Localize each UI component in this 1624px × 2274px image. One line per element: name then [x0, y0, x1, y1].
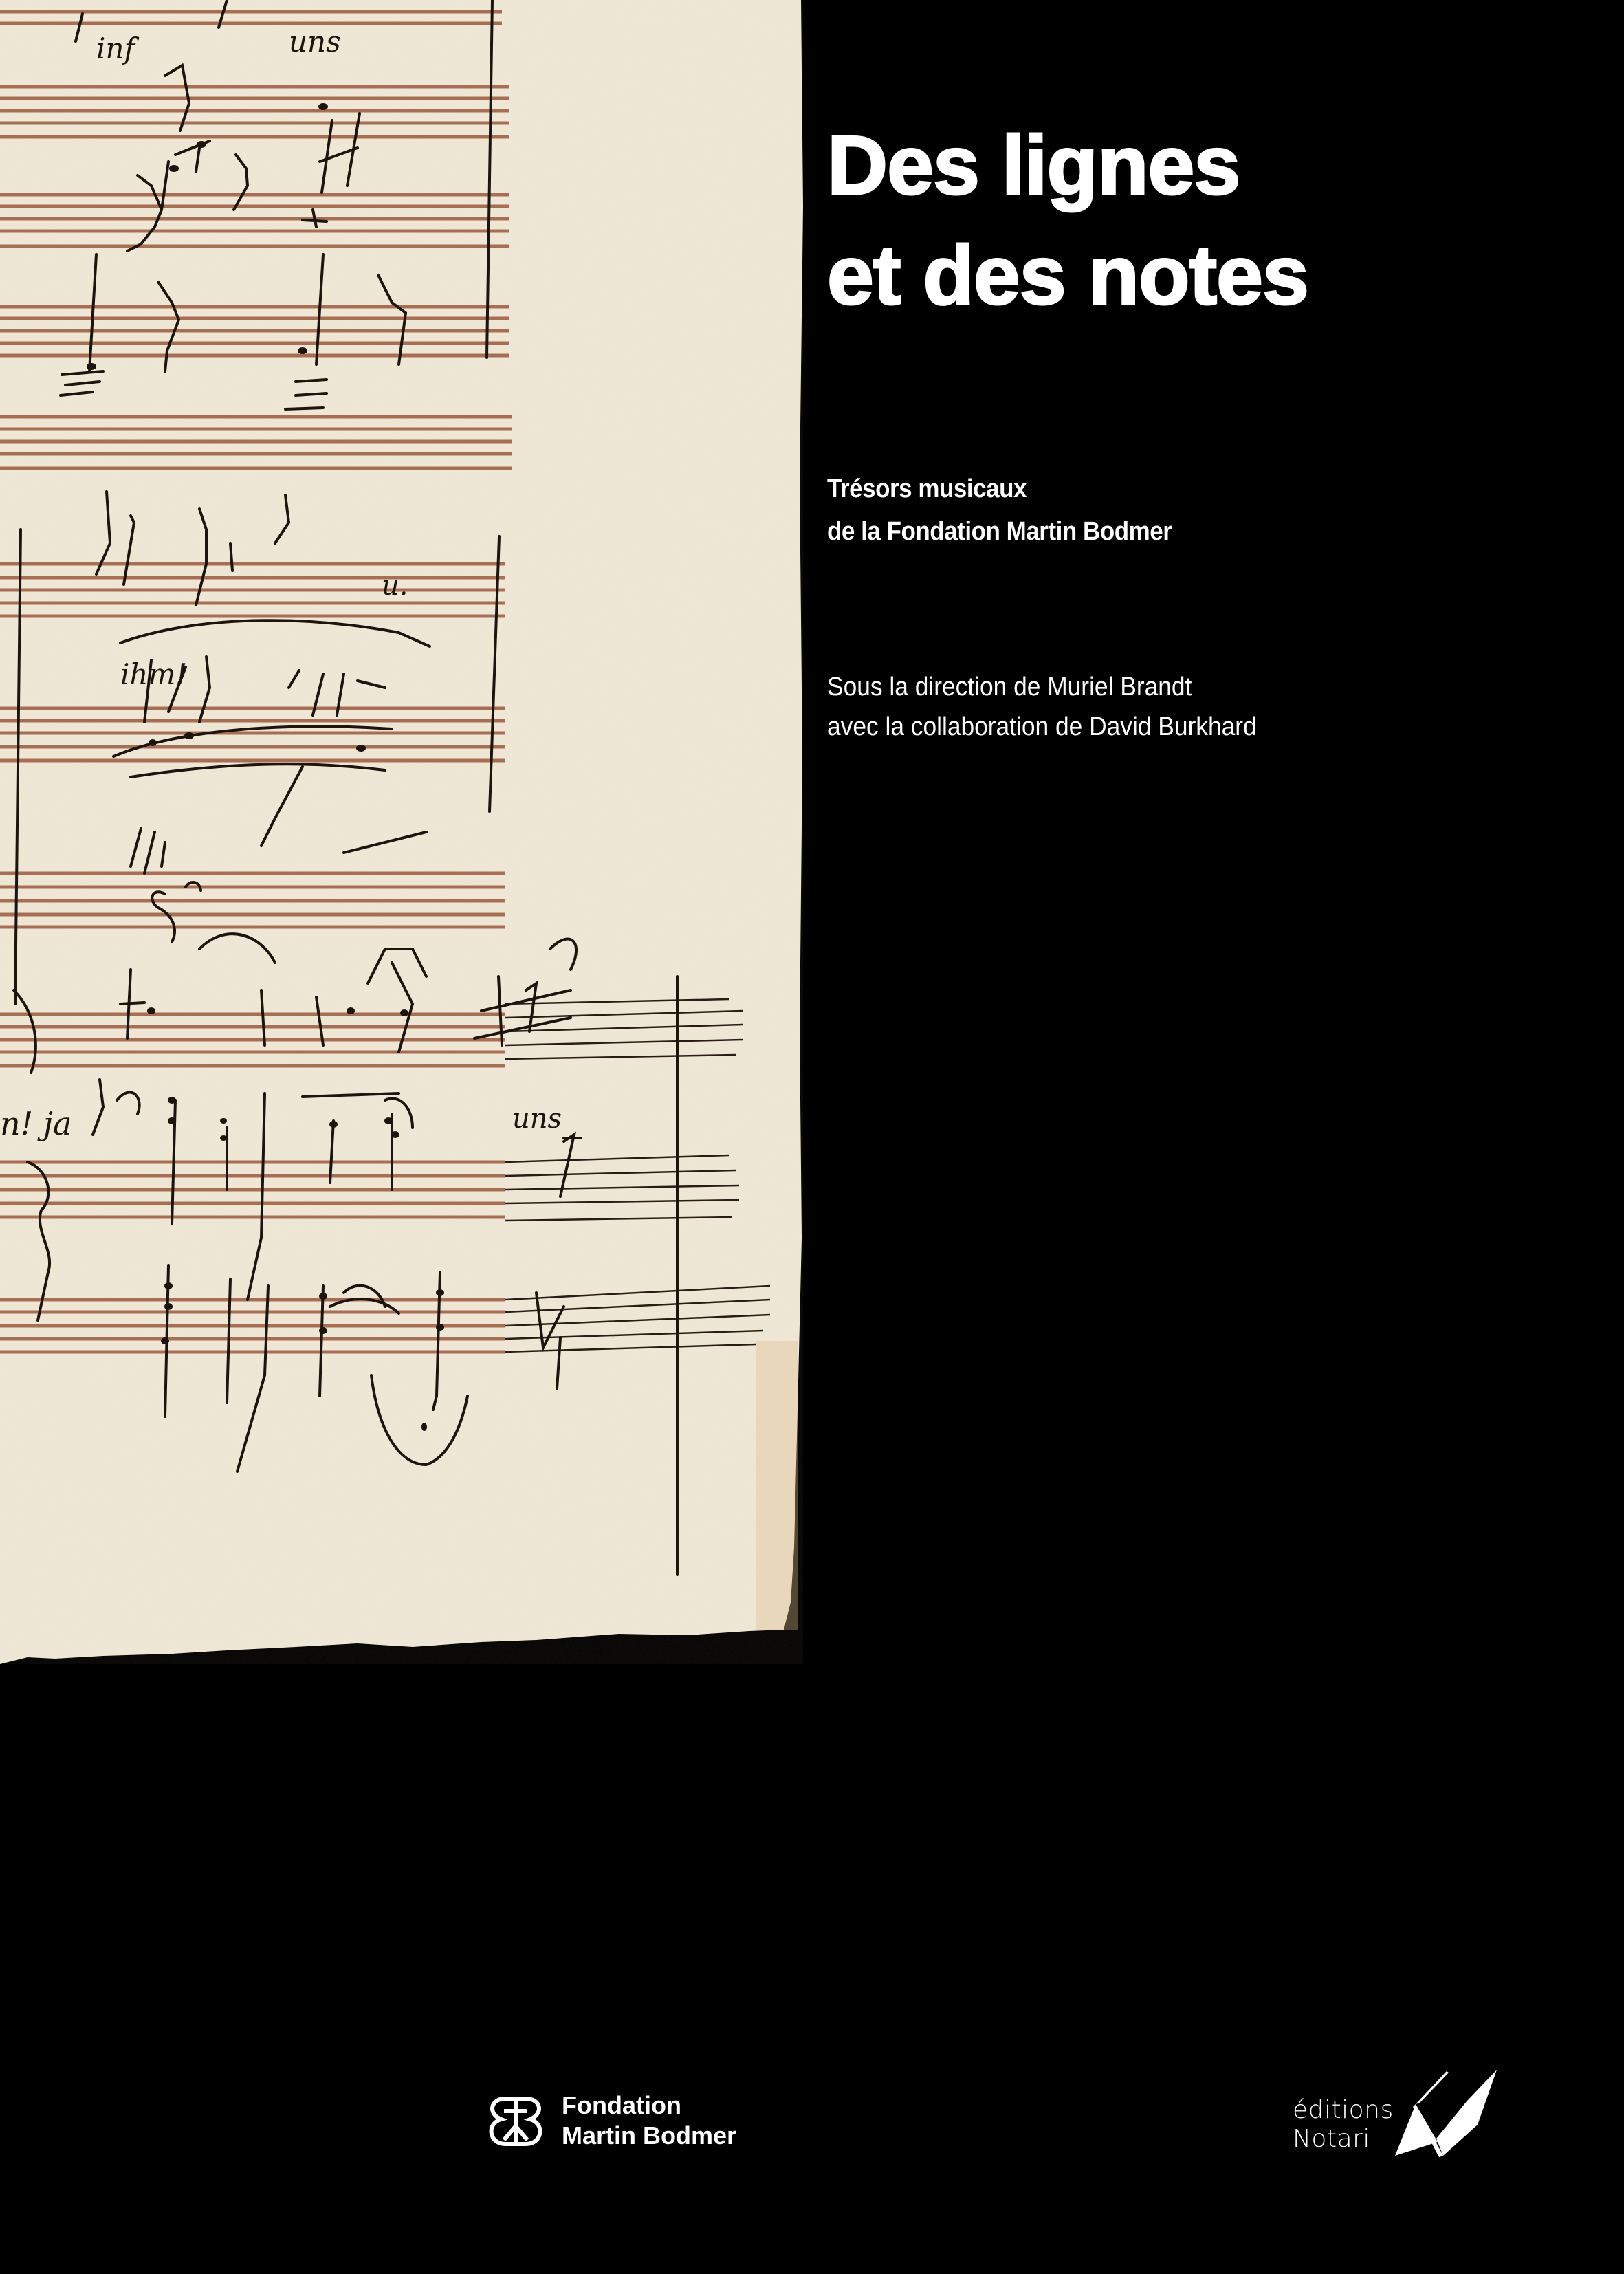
credits-line-1: Sous la direction de Muriel Brandt — [827, 667, 1257, 707]
fondation-martin-bodmer-logo: Fondation Martin Bodmer — [485, 2090, 736, 2151]
svg-text:uns: uns — [512, 1103, 562, 1135]
svg-text:n! ja: n! ja — [0, 1105, 72, 1142]
svg-text:inf: inf — [96, 32, 139, 65]
fmb-line-2: Martin Bodmer — [562, 2121, 736, 2151]
svg-text:u.: u. — [382, 570, 408, 602]
svg-text:ihm!: ihm! — [120, 657, 187, 691]
title-line-2: et des notes — [827, 220, 1308, 330]
notari-n-icon — [1395, 2070, 1498, 2159]
notari-line-1: éditions — [1293, 2096, 1394, 2125]
svg-text:uns: uns — [289, 25, 341, 58]
book-title: Des lignes et des notes — [827, 110, 1308, 330]
title-block: Des lignes et des notes — [827, 110, 1308, 330]
subtitle-line-2: de la Fondation Martin Bodmer — [827, 510, 1172, 553]
editions-notari-logo: éditions Notari — [1293, 2070, 1498, 2159]
manuscript-image: inf uns u. ihm! n! ja uns — [0, 0, 811, 1678]
notari-line-2: Notari — [1293, 2125, 1394, 2154]
fmb-monogram-icon — [485, 2093, 547, 2148]
editor-credits: Sous la direction de Muriel Brandt avec … — [827, 667, 1257, 747]
fmb-line-1: Fondation — [562, 2090, 736, 2121]
subtitle-line-1: Trésors musicaux — [827, 468, 1172, 510]
credits-line-2: avec la collaboration de David Burkhard — [827, 707, 1257, 747]
book-subtitle: Trésors musicaux de la Fondation Martin … — [827, 468, 1172, 553]
title-line-1: Des lignes — [827, 110, 1308, 220]
